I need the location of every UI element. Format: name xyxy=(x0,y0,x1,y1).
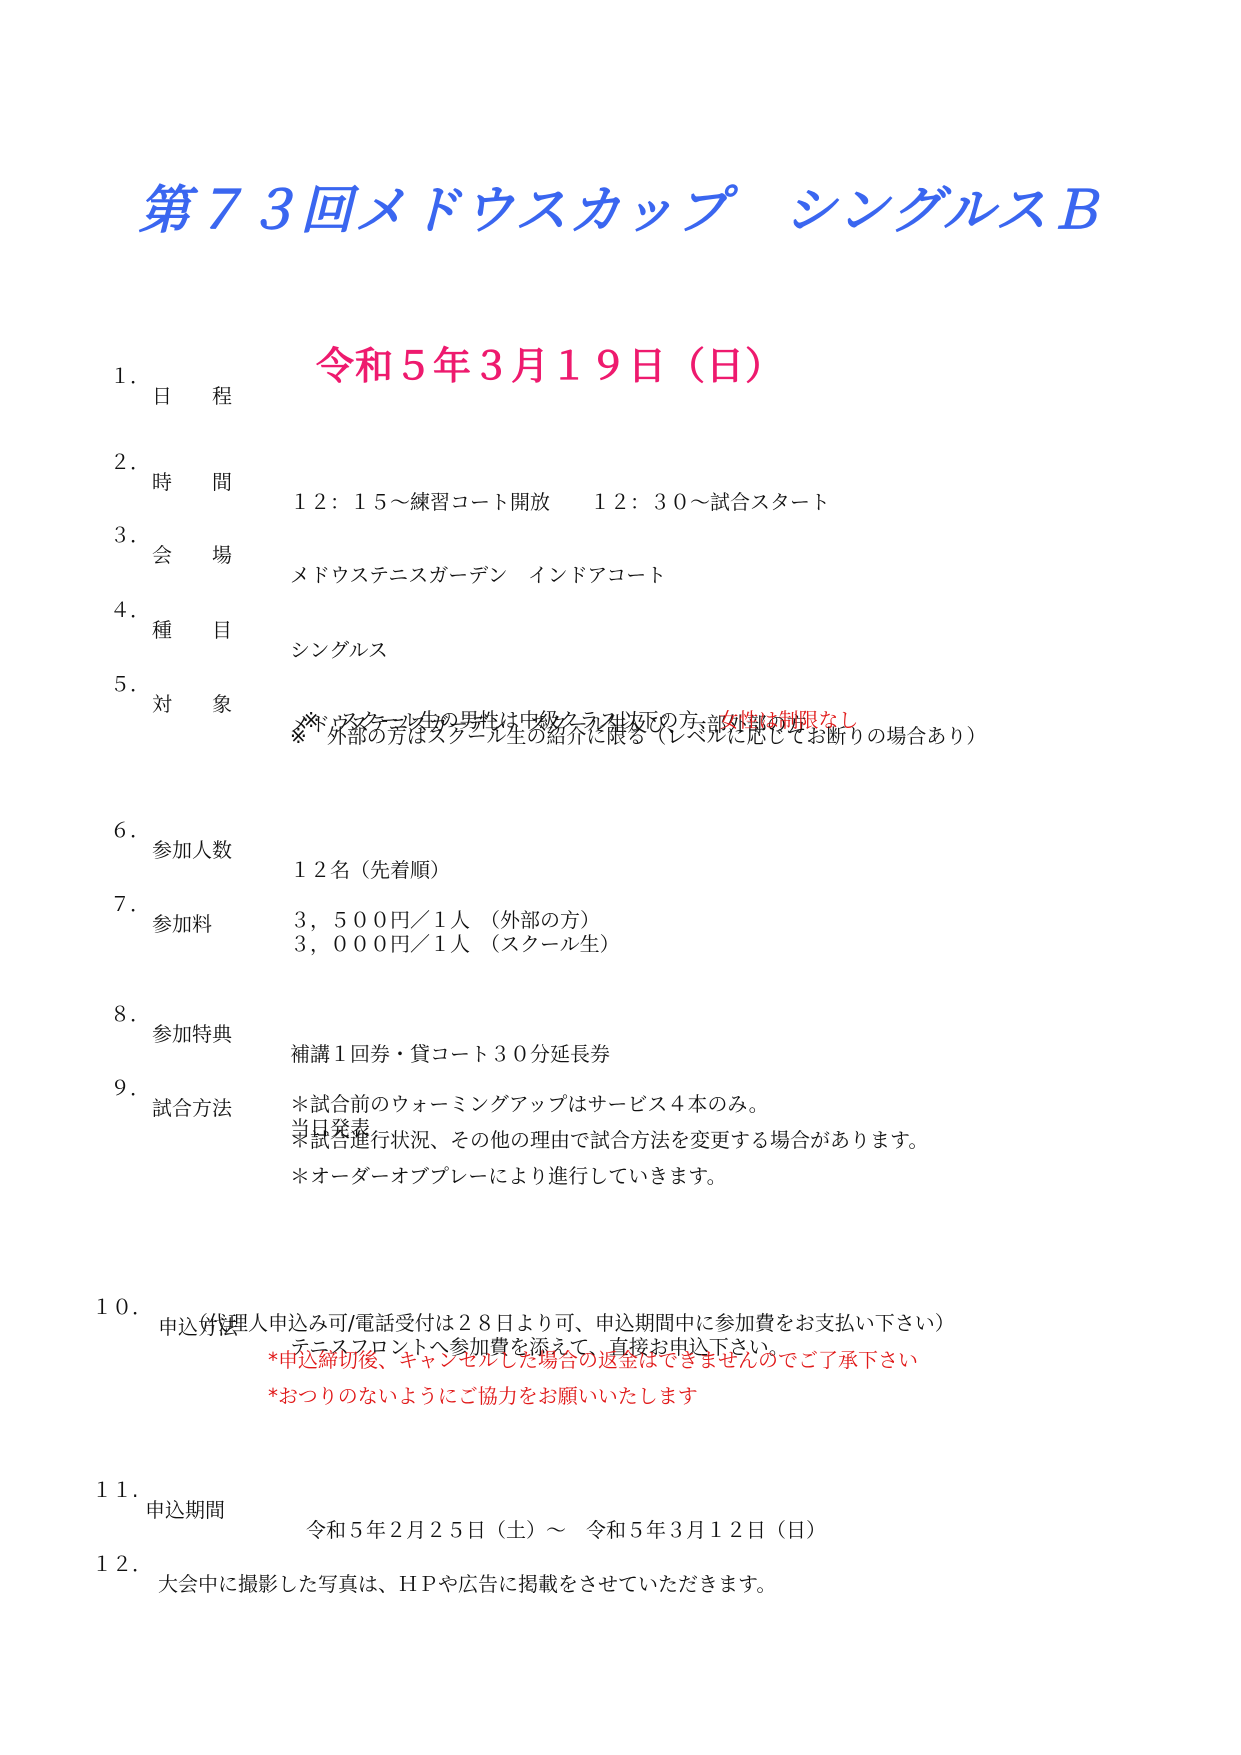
item-label: 会 場 xyxy=(152,545,232,565)
item-fee: ７． 参加料 ３，０００円／１人 （スクール生） xyxy=(0,874,13,954)
fee-external: ３，５００円／１人 （外部の方） xyxy=(290,910,600,930)
item-label: 日 程 xyxy=(152,386,232,406)
item-number: ７． xyxy=(110,894,150,914)
item-number: ３． xyxy=(110,525,150,545)
item-event-type: ４． 種 目 シングルス xyxy=(0,580,13,660)
item-label: 申込期間 xyxy=(145,1500,225,1520)
item-number: ９． xyxy=(110,1078,150,1098)
item-label: 時 間 xyxy=(152,472,232,492)
item-label: 参加料 xyxy=(152,914,212,934)
item-value: メドウステニスガーデン インドアコート xyxy=(290,565,666,585)
event-date: 令和５年３月１９日（日） xyxy=(316,335,784,390)
item-number: ２． xyxy=(110,452,150,472)
item-capacity: ６． 参加人数 １２名（先着順） xyxy=(0,800,13,880)
item-number: １０． xyxy=(92,1297,152,1317)
item-time: ２． 時 間 １２：１５～練習コート開放 １２：３０～試合スタート xyxy=(0,432,13,512)
application-warning: *おつりのないようにご協力をお願いいたします xyxy=(268,1386,698,1406)
document-title: 第７３回メドウスカップ シングルスＢ xyxy=(0,168,1241,243)
item-number: ４． xyxy=(110,600,150,620)
item-label: 参加人数 xyxy=(152,840,232,860)
item-label: 種 目 xyxy=(152,620,232,640)
item-value: 補講１回券・貸コート３０分延長券 xyxy=(290,1044,610,1064)
item-photo-notice: １２． 大会中に撮影した写真は、ＨＰや広告に掲載をさせていただきます。 xyxy=(0,1534,13,1594)
match-note: ＊試合前のウォーミングアップはサービス４本のみ。 xyxy=(290,1094,769,1114)
application-sub-note: （代理人申込み可/電話受付は２８日より可、申込期間中に参加費をお支払い下さい） xyxy=(188,1313,955,1333)
item-application-period: １１. 申込期間 令和５年２月２５日（土）～ 令和５年３月１２日（日） xyxy=(0,1460,13,1540)
item-value: 令和５年２月２５日（土）～ 令和５年３月１２日（日） xyxy=(306,1520,826,1540)
item-benefits: ８． 参加特典 補講１回券・貸コート３０分延長券 xyxy=(0,984,13,1064)
eligibility-note: ※ 外部の方はスクール生の紹介に限る（レベルに応じてお断りの場合あり） xyxy=(290,726,986,746)
item-number: ５． xyxy=(110,674,150,694)
item-value: シングルス xyxy=(290,640,388,660)
item-number: １２． xyxy=(92,1554,152,1574)
item-application-method: １０． 申込方法 テニスフロントへ参加費を添えて、直接お申込下さい。 xyxy=(0,1277,13,1357)
match-note: ＊試合進行状況、その他の理由で試合方法を変更する場合があります。 xyxy=(290,1130,928,1150)
item-number: ６． xyxy=(110,820,150,840)
match-note: ＊オーダーオブプレーにより進行していきます。 xyxy=(290,1166,727,1186)
item-eligibility: ５． 対 象 メドウステニスガーデン スクール生及び、一部外部の方 xyxy=(0,654,13,734)
item-number: １． xyxy=(110,366,150,386)
item-label: 試合方法 xyxy=(152,1098,232,1118)
item-value: 大会中に撮影した写真は、ＨＰや広告に掲載をさせていただきます。 xyxy=(158,1574,776,1594)
item-label: 参加特典 xyxy=(152,1024,232,1044)
item-date: １． 日 程 xyxy=(0,346,13,406)
item-match-format: ９． 試合方法 当日発表 xyxy=(0,1058,13,1138)
item-venue: ３． 会 場 メドウステニスガーデン インドアコート xyxy=(0,505,13,585)
item-value: １２名（先着順） xyxy=(290,860,450,880)
item-number: １１. xyxy=(92,1480,138,1500)
item-label: 対 象 xyxy=(152,694,232,714)
item-value: ３，０００円／１人 （スクール生） xyxy=(290,934,620,954)
application-warning: *申込締切後、キャンセルした場合の返金はできませんのでご了承下さい xyxy=(268,1350,918,1370)
item-number: ８． xyxy=(110,1004,150,1024)
item-value: １２：１５～練習コート開放 １２：３０～試合スタート xyxy=(290,492,830,512)
